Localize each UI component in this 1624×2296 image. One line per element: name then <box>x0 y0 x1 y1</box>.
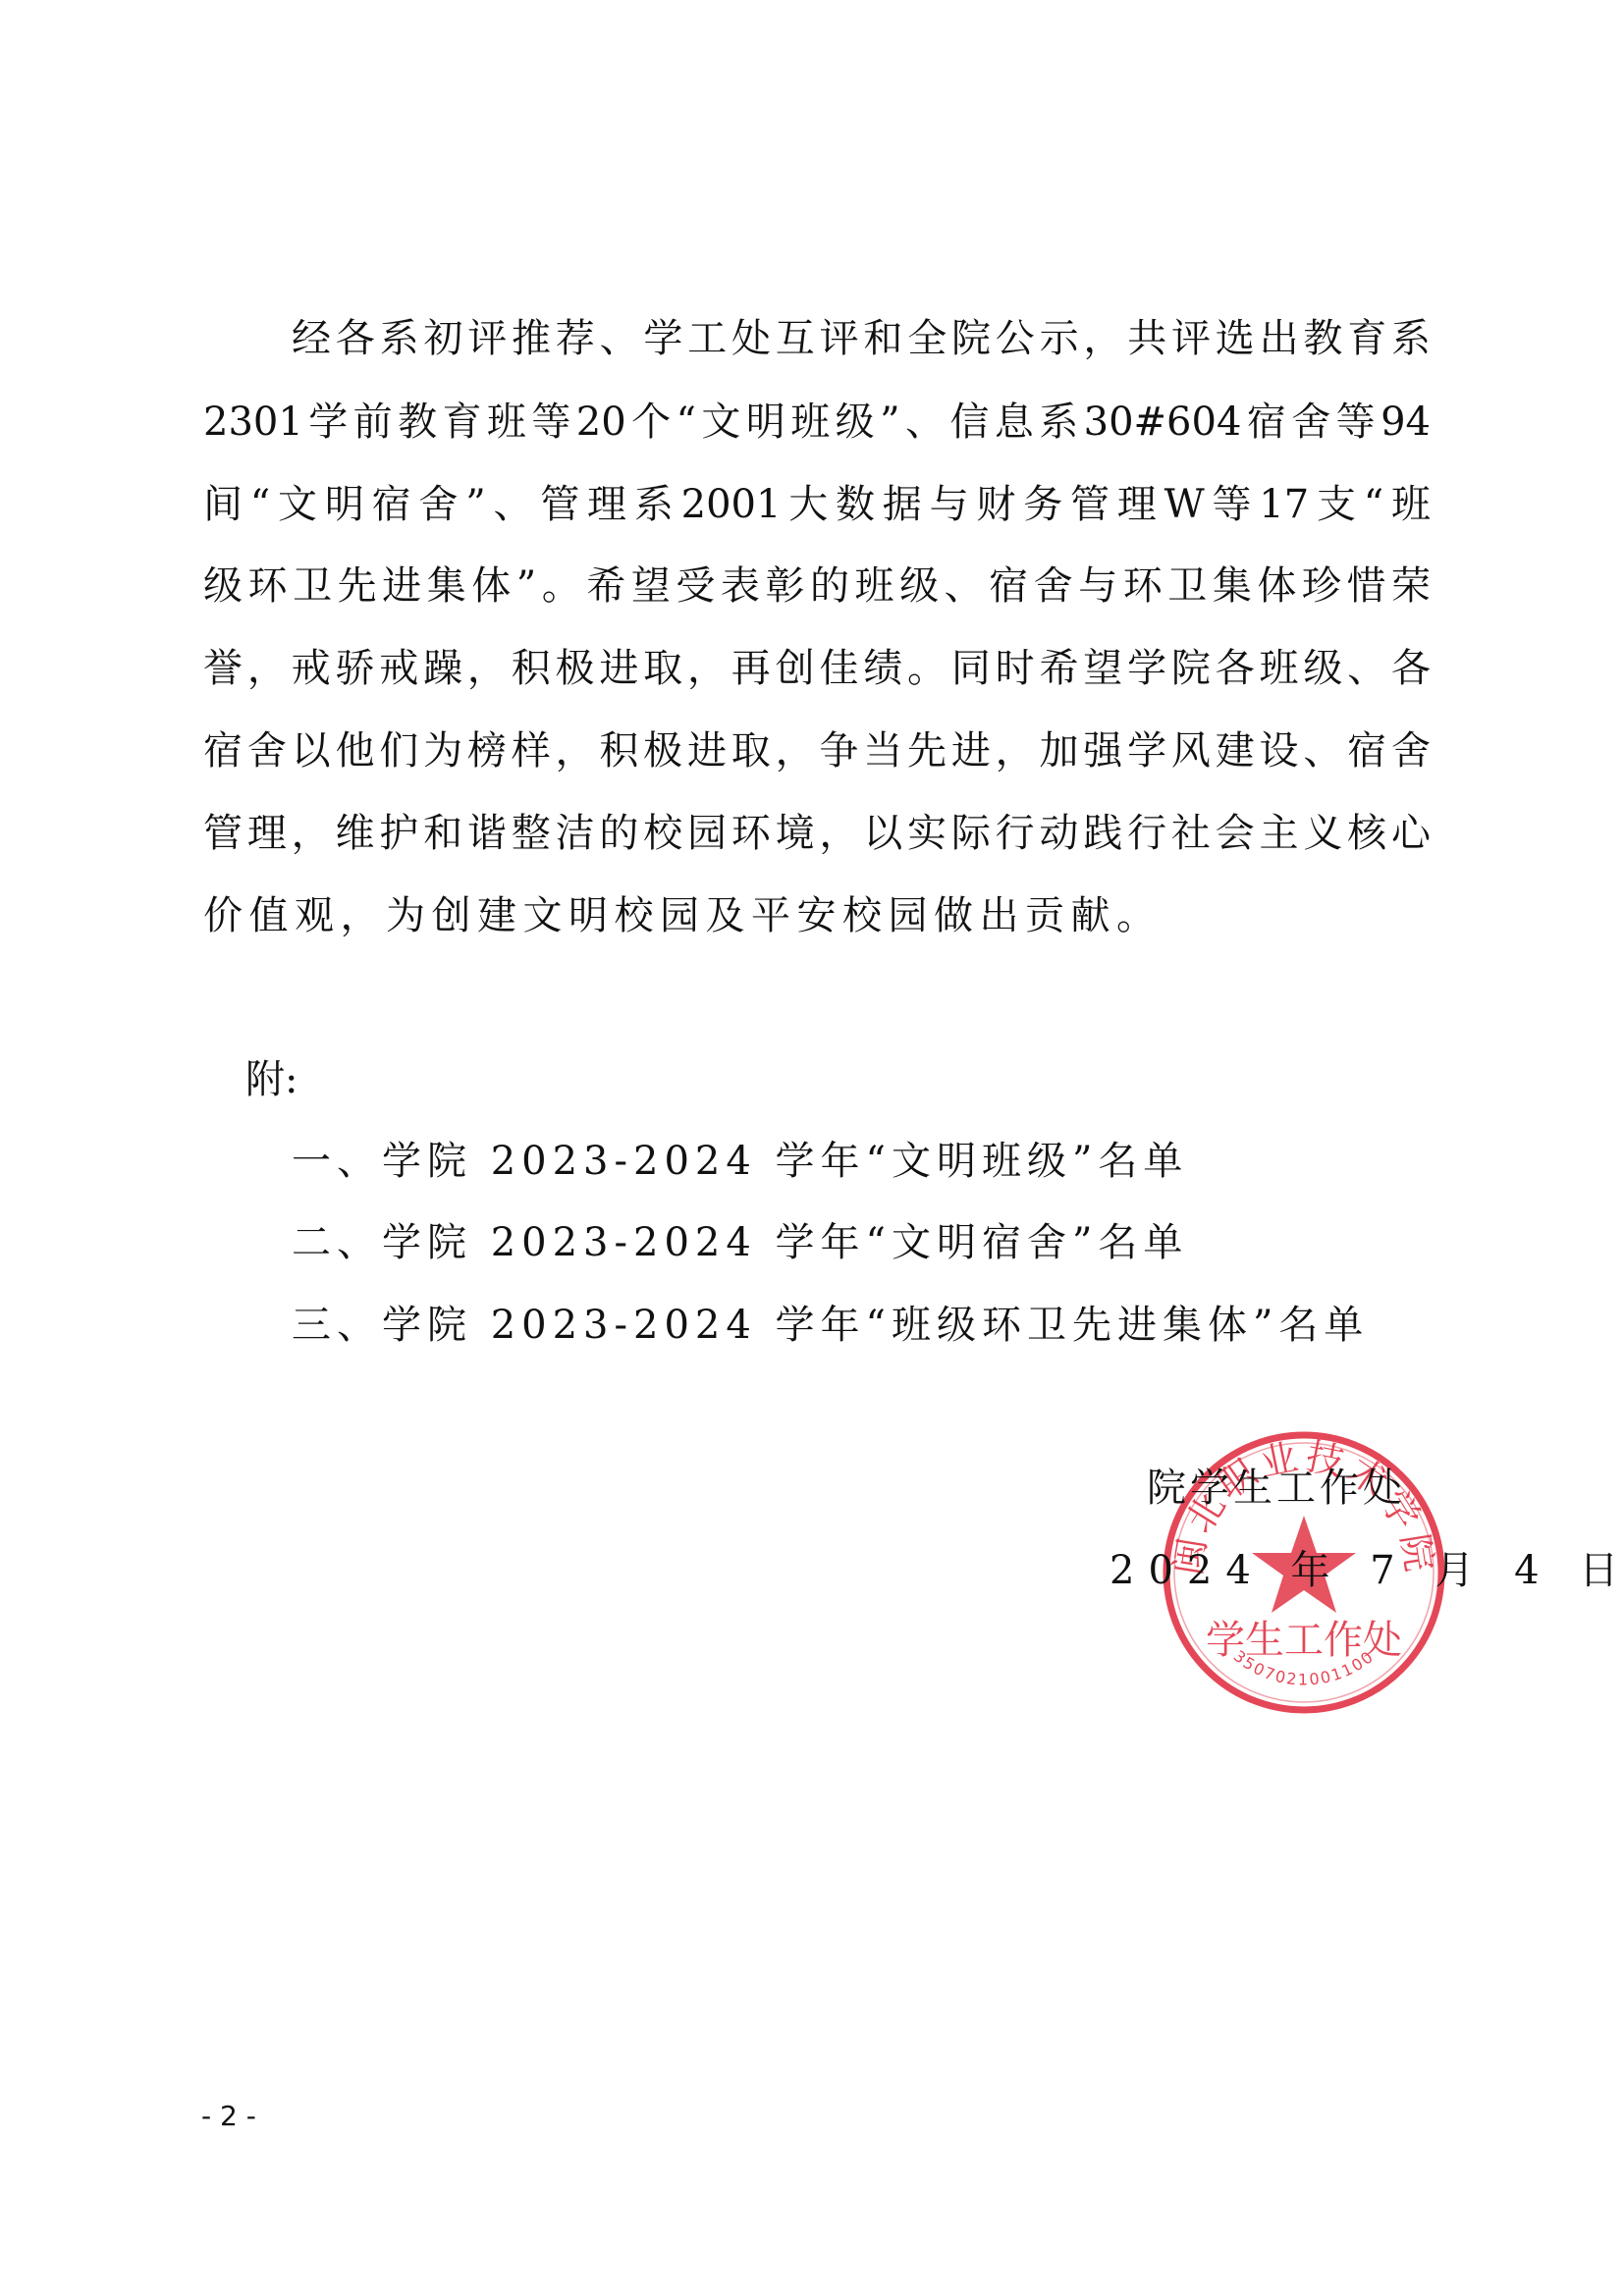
paragraph-line-8: 价值观，为创建文明校园及平安校园做出贡献。 <box>203 891 1431 940</box>
paragraph-line-4: 级环卫先进集体”。希望受表彰的班级、宿舍与环卫集体珍惜荣 <box>203 561 1431 611</box>
document-page: 经各系初评推荐、学工处互评和全院公示，共评选出教育系 2301学前教育班等20个… <box>0 0 1624 2296</box>
paragraph-line-2: 2301学前教育班等20个“文明班级”、信息系30#604宿舍等94 <box>203 398 1431 447</box>
paragraph-line-6: 宿舍以他们为榜样，积极进取，争当先进，加强学风建设、宿舍 <box>203 726 1431 775</box>
paragraph-line-1: 经各系初评推荐、学工处互评和全院公示，共评选出教育系 <box>292 314 1431 363</box>
attachment-item-2[interactable]: 二、学院 2023-2024 学年“文明宿舍”名单 <box>292 1218 1188 1267</box>
attachments-heading: 附: <box>245 1055 298 1104</box>
issuer-signature: 院学生工作处 <box>1147 1464 1406 1513</box>
paragraph-line-7: 管理，维护和谐整洁的校园环境，以实际行动践行社会主义核心 <box>203 809 1431 858</box>
paragraph-line-3: 间“文明宿舍”、管理系2001大数据与财务管理W等17支“班 <box>203 480 1431 529</box>
issue-date: 2024 年 7 月 4 日 <box>1110 1546 1624 1595</box>
attachment-item-3[interactable]: 三、学院 2023-2024 学年“班级环卫先进集体”名单 <box>292 1301 1369 1350</box>
page-number: - 2 - <box>201 2099 256 2134</box>
paragraph-line-5: 誉，戒骄戒躁，积极进取，再创佳绩。同时希望学院各班级、各 <box>203 644 1431 693</box>
attachment-item-1[interactable]: 一、学院 2023-2024 学年“文明班级”名单 <box>292 1137 1188 1186</box>
